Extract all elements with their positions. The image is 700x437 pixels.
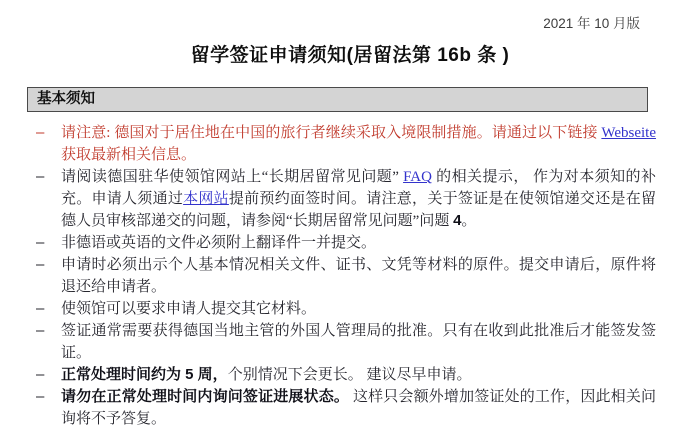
notice-text: 签证通常需要获得德国当地主管的外国人管理局的批准。只有在收到此批准后才能签发签证…	[61, 323, 656, 361]
appointment-website-link[interactable]: 本网站	[183, 191, 229, 207]
faq-link[interactable]: FAQ	[403, 169, 432, 185]
notice-text: 请阅读德国驻华使领馆网站上“长期居留常见问题”	[61, 169, 403, 185]
notice-text: 使领馆可以要求申请人提交其它材料。	[61, 301, 316, 317]
page-title: 留学签证申请须知(居留法第 16b 条 )	[0, 40, 700, 67]
notice-item: –签证通常需要获得德国当地主管的外国人管理局的批准。只有在收到此批准后才能签发签…	[36, 320, 656, 364]
document-page: 2021 年 10 月版 留学签证申请须知(居留法第 16b 条 ) 基本须知 …	[0, 0, 700, 437]
notice-item: –申请时必须出示个人基本情况相关文件、证书、文凭等材料的原件。提交申请后，原件将…	[36, 254, 656, 298]
bullet-dash: –	[36, 122, 44, 144]
section-header-bar: 基本须知	[27, 87, 648, 112]
bullet-dash: –	[36, 386, 44, 408]
notice-item: –正常处理时间约为 5 周，个别情况下会更长。 建议尽早申请。	[36, 364, 656, 386]
version-date: 2021 年 10 月版	[543, 12, 640, 32]
notice-item: –使领馆可以要求申请人提交其它材料。	[36, 298, 656, 320]
notice-text: 。	[461, 213, 476, 229]
bullet-dash: –	[36, 232, 44, 254]
webseite-link[interactable]: Webseite	[601, 125, 656, 141]
notice-item: –请注意: 德国对于居住地在中国的旅行者继续采取入境限制措施。请通过以下链接 W…	[36, 122, 656, 166]
notice-item: –请阅读德国驻华使领馆网站上“长期居留常见问题” FAQ 的相关提示， 作为对本…	[36, 166, 656, 232]
notice-item: –请勿在正常处理时间内询问签证进展状态。 这样只会额外增加签证处的工作，因此相关…	[36, 386, 656, 430]
notice-text: 请勿在正常处理时间内询问签证进展状态。	[61, 388, 349, 405]
bullet-dash: –	[36, 320, 44, 342]
bullet-dash: –	[36, 166, 44, 188]
notice-text: 正常处理时间约为 5 周，	[61, 366, 228, 383]
notice-item: –非德语或英语的文件必须附上翻译件一并提交。	[36, 232, 656, 254]
notice-text: 个别情况下会更长。 建议尽早申请。	[228, 367, 472, 383]
section-header-label: 基本须知	[37, 91, 95, 107]
notice-text: 申请时必须出示个人基本情况相关文件、证书、文凭等材料的原件。提交申请后，原件将退…	[61, 257, 656, 295]
notice-text: 非德语或英语的文件必须附上翻译件一并提交。	[61, 235, 376, 251]
bullet-dash: –	[36, 298, 44, 320]
notice-text: 请注意: 德国对于居住地在中国的旅行者继续采取入境限制措施。请通过以下链接	[61, 125, 601, 141]
notice-list: –请注意: 德国对于居住地在中国的旅行者继续采取入境限制措施。请通过以下链接 W…	[36, 122, 656, 430]
notice-text: 获取最新相关信息。	[61, 147, 196, 163]
bullet-dash: –	[36, 254, 44, 276]
bullet-dash: –	[36, 364, 44, 386]
